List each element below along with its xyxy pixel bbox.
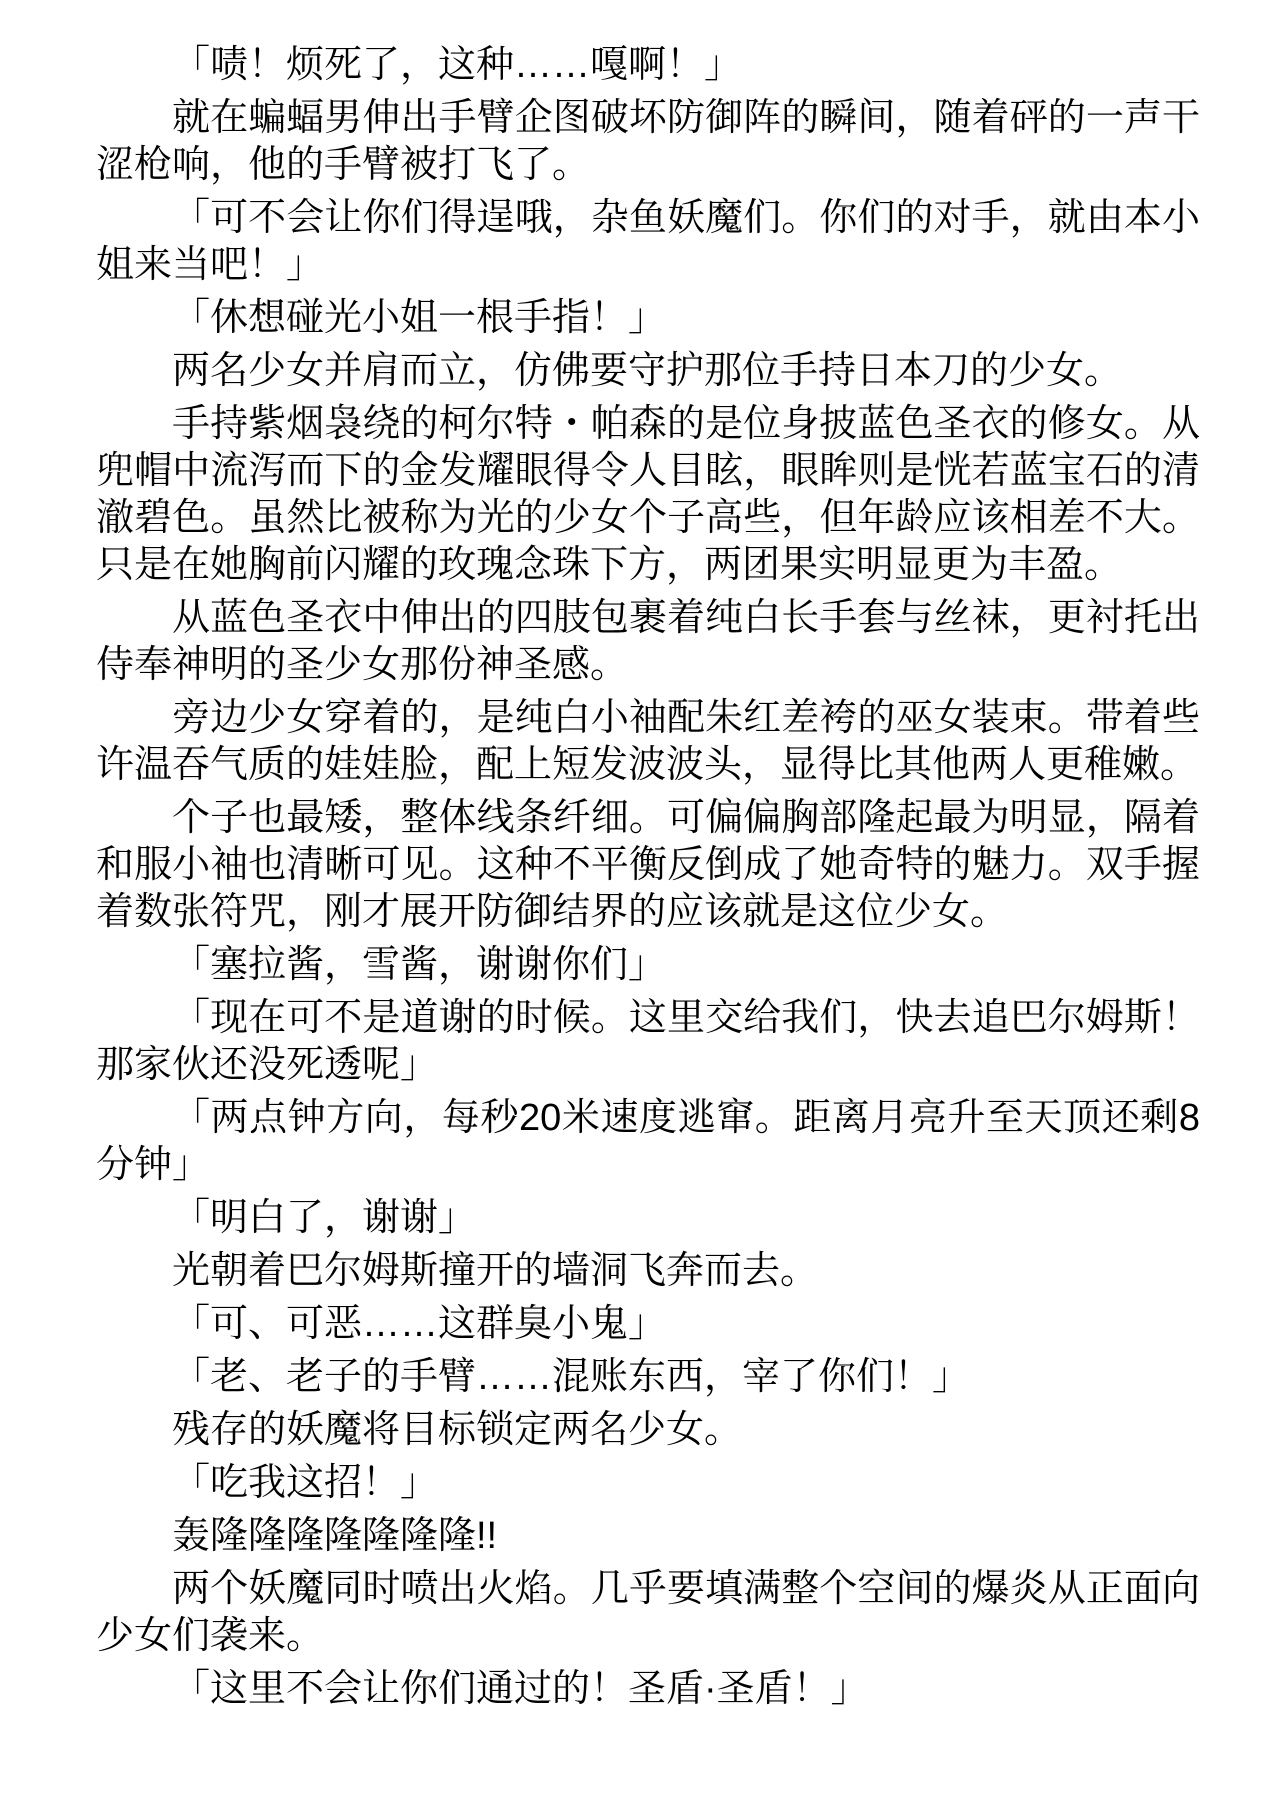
paragraph: 从蓝色圣衣中伸出的四肢包裹着纯白长手套与丝袜，更衬托出侍奉神明的圣少女那份神圣感… (96, 595, 1200, 689)
paragraph: 「塞拉酱，雪酱，谢谢你们」 (96, 942, 1200, 989)
paragraph: 两个妖魔同时喷出火焰。几乎要填满整个空间的爆炎从正面向少女们袭来。 (96, 1566, 1200, 1660)
paragraph: 「明白了，谢谢」 (96, 1195, 1200, 1242)
paragraph: 残存的妖魔将目标锁定两名少女。 (96, 1407, 1200, 1454)
paragraph: 「啧！烦死了，这种……嘎啊！」 (96, 42, 1200, 89)
paragraph: 「可不会让你们得逞哦，杂鱼妖魔们。你们的对手，就由本小姐来当吧！」 (96, 195, 1200, 289)
paragraph: 两名少女并肩而立，仿佛要守护那位手持日本刀的少女。 (96, 348, 1200, 395)
paragraph: 光朝着巴尔姆斯撞开的墙洞飞奔而去。 (96, 1248, 1200, 1295)
novel-page: 「啧！烦死了，这种……嘎啊！」 就在蝙蝠男伸出手臂企图破坏防御阵的瞬间，随着砰的… (0, 0, 1280, 1794)
paragraph: 「休想碰光小姐一根手指！」 (96, 295, 1200, 342)
paragraph: 轰隆隆隆隆隆隆隆!! (96, 1513, 1200, 1560)
paragraph: 「现在可不是道谢的时候。这里交给我们，快去追巴尔姆斯！那家伙还没死透呢」 (96, 995, 1200, 1089)
paragraph: 个子也最矮，整体线条纤细。可偏偏胸部隆起最为明显，隔着和服小袖也清晰可见。这种不… (96, 795, 1200, 936)
paragraph: 旁边少女穿着的，是纯白小袖配朱红差袴的巫女装束。带着些许温吞气质的娃娃脸，配上短… (96, 695, 1200, 789)
paragraph: 「这里不会让你们通过的！圣盾·圣盾！」 (96, 1666, 1200, 1713)
paragraph: 「可、可恶……这群臭小鬼」 (96, 1301, 1200, 1348)
paragraph: 「两点钟方向，每秒20米速度逃窜。距离月亮升至天顶还剩8分钟」 (96, 1095, 1200, 1189)
paragraph: 「老、老子的手臂……混账东西，宰了你们！」 (96, 1354, 1200, 1401)
paragraph: 就在蝙蝠男伸出手臂企图破坏防御阵的瞬间，随着砰的一声干涩枪响，他的手臂被打飞了。 (96, 95, 1200, 189)
paragraph: 手持紫烟袅绕的柯尔特・帕森的是位身披蓝色圣衣的修女。从兜帽中流泻而下的金发耀眼得… (96, 401, 1200, 589)
paragraph: 「吃我这招！」 (96, 1460, 1200, 1507)
